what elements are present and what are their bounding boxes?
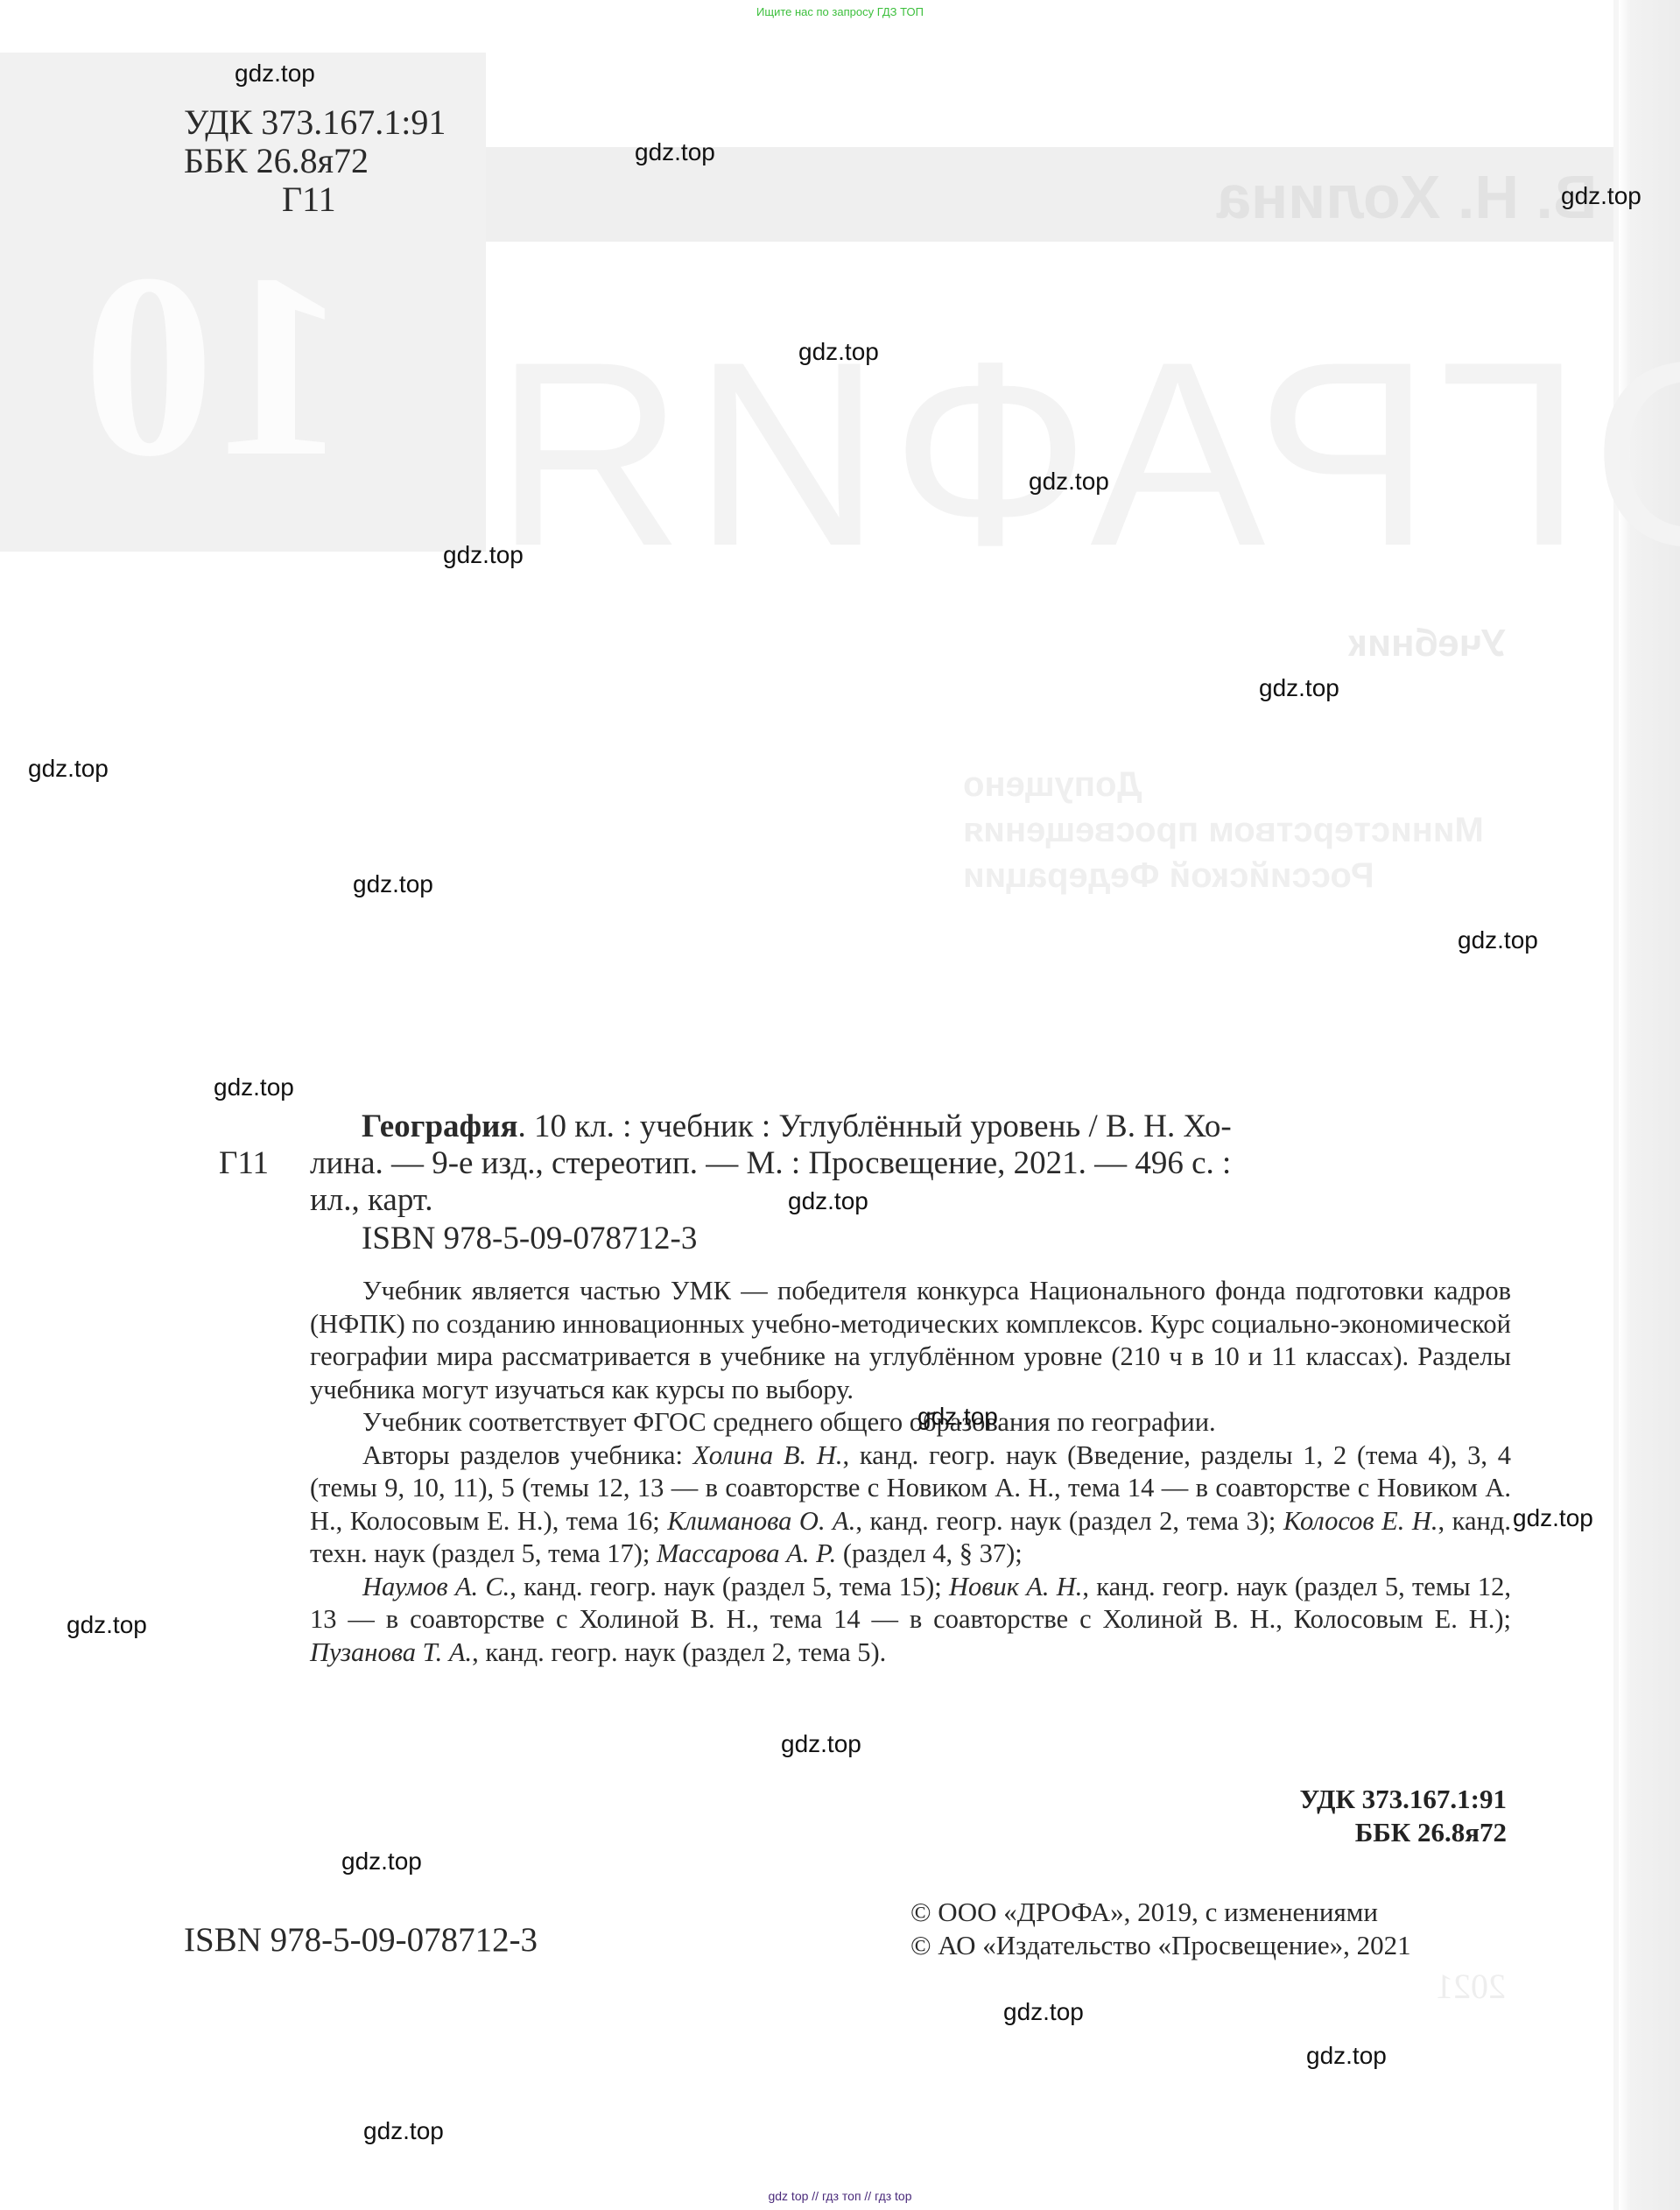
biblio-line-2: Г11лина. — 9-е изд., стереотип. — М. : П… xyxy=(219,1145,1515,1182)
bleed-title: ГЕОГРАФИЯ xyxy=(486,302,1680,605)
watermark: gdz.top xyxy=(788,1187,868,1215)
bleed-kind: Учебник xyxy=(1348,622,1506,665)
watermark: gdz.top xyxy=(1561,182,1641,210)
watermark: gdz.top xyxy=(214,1073,294,1101)
watermark: gdz.top xyxy=(235,60,315,88)
watermark: gdz.top xyxy=(67,1611,147,1639)
watermark: gdz.top xyxy=(635,138,715,166)
bleed-approved-line: Российской Федерации xyxy=(963,853,1484,898)
text: (раздел 4, § 37); xyxy=(836,1538,1022,1568)
bbk-code: ББК 26.8я72 xyxy=(1300,1816,1508,1849)
watermark: gdz.top xyxy=(798,338,879,366)
author-mark: Г11 xyxy=(184,180,446,219)
author-name: Пузанова Т. А. xyxy=(310,1637,472,1667)
biblio-line-2-text: лина. — 9-е изд., стереотип. — М. : Прос… xyxy=(310,1145,1231,1181)
text: , канд. геогр. наук (раздел 2, тема 3); xyxy=(855,1506,1283,1536)
watermark: gdz.top xyxy=(1029,468,1109,496)
annotation: Учебник является частью УМК — победителя… xyxy=(310,1275,1511,1669)
author-name: Колосов Е. Н. xyxy=(1283,1506,1438,1536)
watermark: gdz.top xyxy=(1458,926,1538,954)
author-name: Массарова А. Р. xyxy=(657,1538,836,1568)
udk-block-bottom: УДК 373.167.1:91 ББК 26.8я72 xyxy=(1300,1783,1508,1849)
bleed-year: 2021 xyxy=(1436,1966,1506,2007)
annotation-authors: Авторы разделов учебника: Холина В. Н., … xyxy=(310,1439,1511,1571)
author-mark: Г11 xyxy=(219,1145,310,1182)
copyright-line: © ООО «ДРОФА», 2019, с изменениями xyxy=(910,1896,1411,1929)
bbk-code: ББК 26.8я72 xyxy=(184,142,446,180)
text: , канд. геогр. наук (раздел 2, тема 5). xyxy=(472,1637,886,1667)
text: Авторы разделов учебника: xyxy=(362,1440,693,1470)
bibliographic-record: География. 10 кл. : учебник : Углублённы… xyxy=(219,1109,1515,1257)
top-banner[interactable]: Ищите нас по запросу ГДЗ ТОП xyxy=(0,5,1680,18)
watermark: gdz.top xyxy=(1306,2042,1387,2070)
footer-links[interactable]: gdz top // гдз топ // гдз top xyxy=(0,2189,1680,2203)
copyright-line: © АО «Издательство «Просвещение», 2021 xyxy=(910,1929,1411,1962)
watermark: gdz.top xyxy=(781,1730,861,1758)
author-name: Наумов А. С. xyxy=(362,1572,510,1601)
watermark: gdz.top xyxy=(917,1403,998,1431)
biblio-line-1: География. 10 кл. : учебник : Углублённы… xyxy=(219,1109,1515,1145)
bleed-author: В. Н. Холина xyxy=(1217,162,1597,232)
author-name: Новик А. Н. xyxy=(949,1572,1082,1601)
bleed-grade-number: 10 xyxy=(83,215,346,517)
isbn-bottom: ISBN 978-5-09-078712-3 xyxy=(184,1920,538,1960)
bleed-approved-line: Министерством просвещения xyxy=(963,807,1484,853)
watermark: gdz.top xyxy=(1259,674,1339,702)
annotation-p2: Учебник соответствует ФГОС среднего обще… xyxy=(310,1406,1511,1439)
watermark: gdz.top xyxy=(353,870,433,898)
watermark: gdz.top xyxy=(1513,1504,1593,1532)
annotation-p1: Учебник является частью УМК — победителя… xyxy=(310,1275,1511,1406)
watermark: gdz.top xyxy=(1003,1998,1084,2026)
annotation-authors-cont: Наумов А. С., канд. геогр. наук (раздел … xyxy=(310,1571,1511,1670)
watermark: gdz.top xyxy=(443,541,524,569)
udk-code: УДК 373.167.1:91 xyxy=(184,103,446,142)
udk-code: УДК 373.167.1:91 xyxy=(1300,1783,1508,1816)
biblio-line-1-text: . 10 кл. : учебник : Углублённый уровень… xyxy=(517,1109,1231,1144)
watermark: gdz.top xyxy=(363,2117,444,2145)
isbn: ISBN 978-5-09-078712-3 xyxy=(219,1221,1515,1257)
book-title: География xyxy=(362,1109,517,1144)
udk-block-top: УДК 373.167.1:91 ББК 26.8я72 Г11 xyxy=(184,103,446,219)
author-name: Холина В. Н. xyxy=(693,1440,843,1470)
text: , канд. геогр. наук (раздел 5, тема 15); xyxy=(510,1572,949,1601)
watermark: gdz.top xyxy=(341,1848,422,1876)
bleed-approved-line: Допущено xyxy=(963,762,1484,807)
copyright: © ООО «ДРОФА», 2019, с изменениями © АО … xyxy=(910,1896,1411,1962)
watermark: gdz.top xyxy=(28,755,109,783)
author-name: Климанова О. А. xyxy=(667,1506,855,1536)
bleed-approved: Допущено Министерством просвещения Росси… xyxy=(963,762,1484,898)
